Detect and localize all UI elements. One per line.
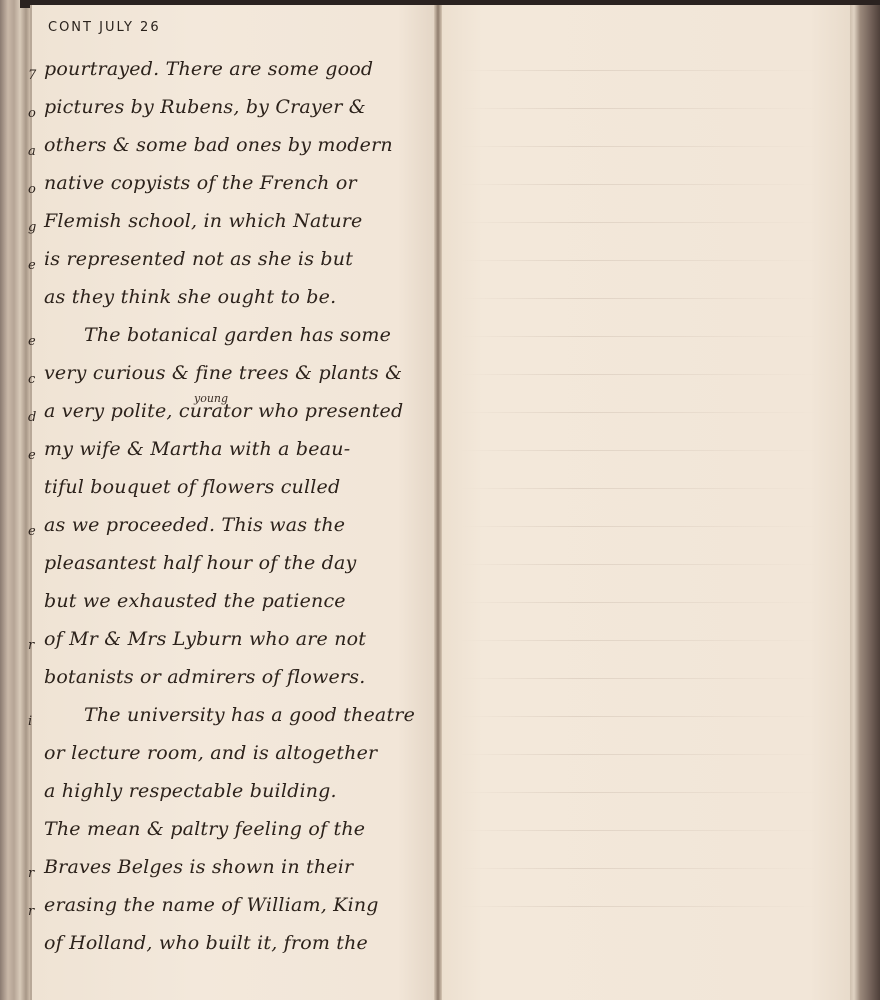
text-line: is represented not as she is but [44,248,434,286]
text-line: Braves Belges is shown in their [44,856,434,894]
margin-mark: o [28,182,36,197]
text-line: of Holland, who built it, from the [44,932,434,970]
text-line: Flemish school, in which Nature [44,210,434,248]
book-right-edge [850,5,880,1000]
text-line: pleasantest half hour of the day [44,552,434,590]
text-line: botanists or admirers of flowers. [44,666,434,704]
text-line-paragraph-start: The botanical garden has some [44,324,434,362]
margin-mark: c [28,372,35,387]
text-line: pourtrayed. There are some good [44,58,434,96]
text-line: or lecture room, and is altogether [44,742,434,780]
margin-mark: e [28,524,36,539]
text-line: very curious & fine trees & plants & [44,362,434,400]
text-line: native copyists of the French or [44,172,434,210]
text-line: tiful bouquet of flowers culled [44,476,434,514]
text-line: The mean & paltry feeling of the [44,818,434,856]
margin-mark: d [28,410,36,425]
text-line: pictures by Rubens, by Crayer & [44,96,434,134]
margin-mark: i [28,714,32,729]
margin-mark: 7 [28,68,36,83]
text-line: my wife & Martha with a beau- [44,438,434,476]
margin-mark: a [28,144,36,159]
margin-mark: e [28,258,36,273]
text-line: but we exhausted the patience [44,590,434,628]
margin-mark: e [28,334,36,349]
text-line: as they think she ought to be. [44,286,434,324]
margin-mark: r [28,638,34,653]
margin-mark: e [28,448,36,463]
book-gutter [434,5,442,1000]
margin-mark: r [28,904,34,919]
text-line: as we proceeded. This was the [44,514,434,552]
margin-mark: o [28,106,36,121]
text-line: a highly respectable building. [44,780,434,818]
open-journal: CONT JULY 26 7 o a o g e e c d e e r i r… [0,0,880,1000]
text-line: others & some bad ones by modern [44,134,434,172]
text-line: of Mr & Mrs Lyburn who are not [44,628,434,666]
margin-mark: r [28,866,34,881]
text-line: erasing the name of William, King [44,894,434,932]
page-heading: CONT JULY 26 [48,20,161,35]
text-line-paragraph-start: The university has a good theatre [44,704,434,742]
right-page [442,5,850,1000]
text-line: a very polite, curator who presented [44,400,434,438]
margin-mark: g [28,220,36,235]
